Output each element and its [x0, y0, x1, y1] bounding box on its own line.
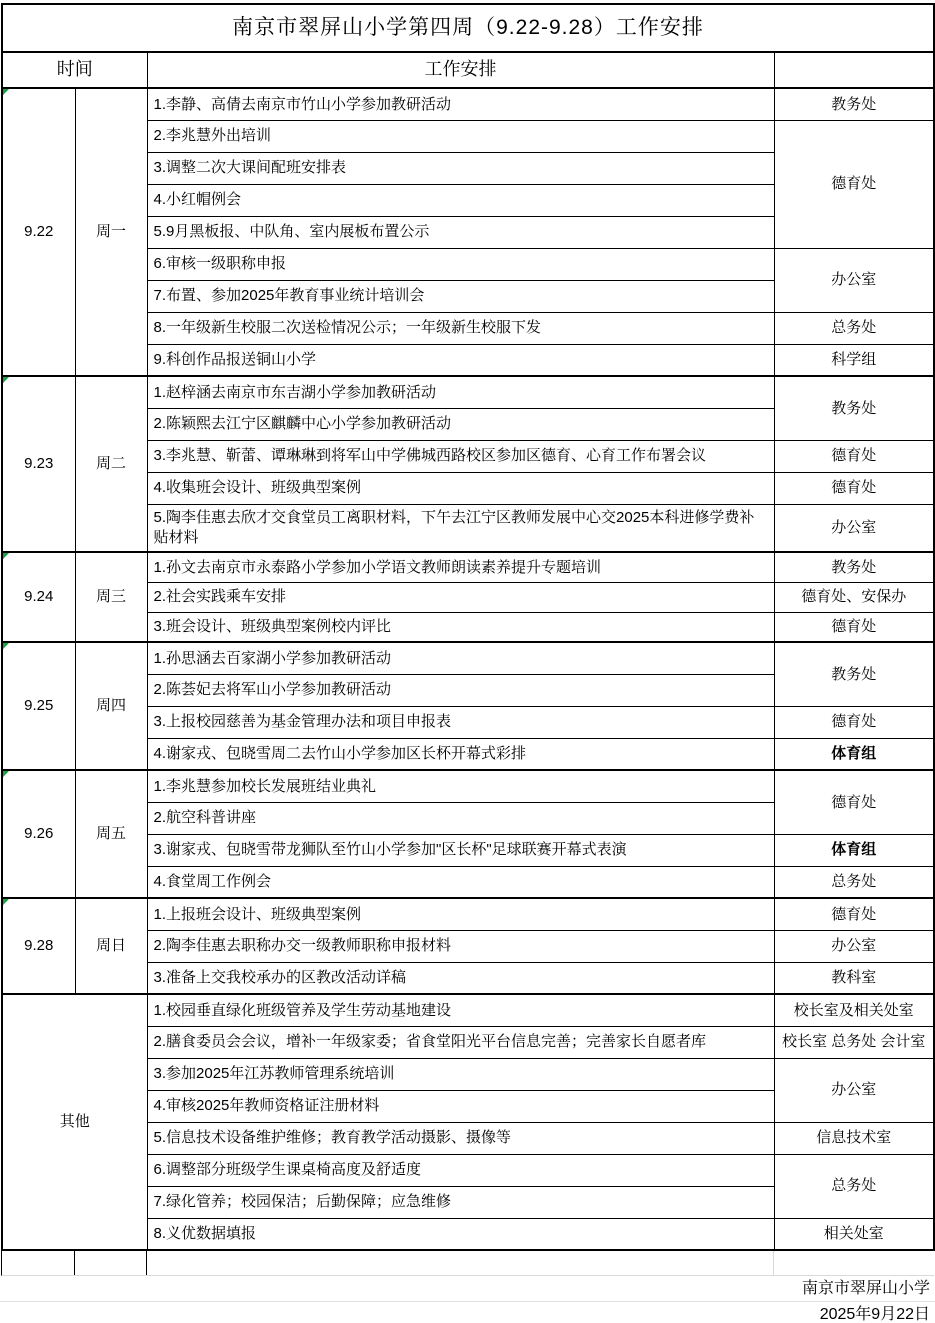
date-label: 9.22	[24, 223, 53, 240]
task-cell: 4.收集班会设计、班级典型案例	[147, 472, 774, 504]
task-cell: 7.布置、参加2025年教育事业统计培训会	[147, 280, 774, 312]
task-cell: 2.陈荟妃去将军山小学参加教研活动	[147, 674, 774, 706]
dept-cell: 办公室	[774, 248, 934, 312]
dept-cell: 教务处	[774, 642, 934, 706]
task-cell: 2.李兆慧外出培训	[147, 120, 774, 152]
other-section-label: 其他	[2, 994, 147, 1250]
empty-sheet-row	[1, 1251, 934, 1276]
task-cell: 1.孙文去南京市永泰路小学参加小学语文教师朗读素养提升专题培训	[147, 552, 774, 582]
task-cell: 4.审核2025年教师资格证注册材料	[147, 1090, 774, 1122]
task-cell: 2.膳食委员会会议，增补一年级家委；省食堂阳光平台信息完善；完善家长自愿者库	[147, 1026, 774, 1058]
date-cell: 9.23	[2, 376, 75, 552]
work-schedule-table: 南京市翠屏山小学第四周（9.22-9.28）工作安排 时间 工作安排 9.22 …	[1, 3, 935, 1251]
date-label: 9.24	[24, 588, 53, 605]
gridline-divider	[773, 1251, 774, 1275]
dept-cell: 德育处、安保办	[774, 582, 934, 612]
dept-cell: 德育处	[774, 120, 934, 248]
footer-school-line: 南京市翠屏山小学	[0, 1276, 935, 1302]
cell-corner-marker-icon	[3, 899, 9, 905]
task-cell: 3.调整二次大课间配班安排表	[147, 152, 774, 184]
dept-cell: 办公室	[774, 1058, 934, 1122]
dept-cell: 总务处	[774, 866, 934, 898]
task-cell: 4.谢家戎、包晓雪周二去竹山小学参加区长杯开幕式彩排	[147, 738, 774, 770]
date-cell: 9.25	[2, 642, 75, 770]
task-cell: 1.李静、高倩去南京市竹山小学参加教研活动	[147, 88, 774, 120]
day-cell: 周三	[75, 552, 147, 642]
day-cell: 周日	[75, 898, 147, 994]
task-cell: 8.义优数据填报	[147, 1218, 774, 1250]
task-cell: 5.陶李佳惠去欣才交食堂员工离职材料，下午去江宁区教师发展中心交2025本科进修…	[147, 504, 774, 552]
dept-cell: 校长室及相关处室	[774, 994, 934, 1026]
day-cell: 周四	[75, 642, 147, 770]
dept-cell: 德育处	[774, 706, 934, 738]
day-cell: 周五	[75, 770, 147, 898]
task-cell: 3.准备上交我校承办的区教改活动详稿	[147, 962, 774, 994]
divider	[146, 1251, 147, 1275]
day-cell: 周二	[75, 376, 147, 552]
date-cell: 9.28	[2, 898, 75, 994]
task-cell: 8.一年级新生校服二次送检情况公示；一年级新生校服下发	[147, 312, 774, 344]
task-cell: 3.参加2025年江苏教师管理系统培训	[147, 1058, 774, 1090]
dept-cell: 教科室	[774, 962, 934, 994]
task-cell: 6.调整部分班级学生课桌椅高度及舒适度	[147, 1154, 774, 1186]
date-label: 9.23	[24, 455, 53, 472]
task-cell: 1.赵梓涵去南京市东吉湖小学参加教研活动	[147, 376, 774, 408]
dept-cell: 办公室	[774, 504, 934, 552]
footer-date: 2025年9月22日	[820, 1306, 930, 1323]
header-empty-cell	[774, 52, 934, 88]
date-cell: 9.22	[2, 88, 75, 376]
task-cell: 1.李兆慧参加校长发展班结业典礼	[147, 770, 774, 802]
task-cell: 1.上报班会设计、班级典型案例	[147, 898, 774, 930]
date-cell: 9.24	[2, 552, 75, 642]
dept-cell: 体育组	[774, 738, 934, 770]
dept-cell: 德育处	[774, 770, 934, 834]
cell-corner-marker-icon	[3, 377, 9, 383]
dept-cell: 信息技术室	[774, 1122, 934, 1154]
task-cell: 6.审核一级职称申报	[147, 248, 774, 280]
page-title: 南京市翠屏山小学第四周（9.22-9.28）工作安排	[2, 4, 934, 52]
date-label: 9.25	[24, 697, 53, 714]
task-cell: 1.孙思涵去百家湖小学参加教研活动	[147, 642, 774, 674]
cell-corner-marker-icon	[3, 553, 9, 559]
divider	[74, 1251, 75, 1275]
dept-cell: 总务处	[774, 312, 934, 344]
date-label: 9.26	[24, 825, 53, 842]
task-cell: 1.校园垂直绿化班级管养及学生劳动基地建设	[147, 994, 774, 1026]
date-label: 9.28	[24, 937, 53, 954]
dept-cell: 教务处	[774, 376, 934, 440]
dept-cell: 科学组	[774, 344, 934, 376]
header-time: 时间	[2, 52, 147, 88]
task-cell: 3.李兆慧、靳蕾、谭琳琳到将军山中学佛城西路校区参加区德育、心育工作布署会议	[147, 440, 774, 472]
dept-cell: 体育组	[774, 834, 934, 866]
task-cell: 4.食堂周工作例会	[147, 866, 774, 898]
task-cell: 2.航空科普讲座	[147, 802, 774, 834]
dept-cell: 相关处室	[774, 1218, 934, 1250]
cell-corner-marker-icon	[3, 89, 9, 95]
cell-corner-marker-icon	[3, 771, 9, 777]
task-cell: 3.班会设计、班级典型案例校内评比	[147, 612, 774, 642]
dept-cell: 教务处	[774, 552, 934, 582]
dept-cell: 教务处	[774, 88, 934, 120]
footer-school: 南京市翠屏山小学	[802, 1280, 930, 1297]
task-cell: 2.陈颖熙去江宁区麒麟中心小学参加教研活动	[147, 408, 774, 440]
dept-cell: 德育处	[774, 472, 934, 504]
cell-corner-marker-icon	[3, 643, 9, 649]
task-cell: 5.9月黑板报、中队角、室内展板布置公示	[147, 216, 774, 248]
task-cell: 4.小红帽例会	[147, 184, 774, 216]
dept-cell: 办公室	[774, 930, 934, 962]
dept-cell: 总务处	[774, 1154, 934, 1218]
dept-cell: 德育处	[774, 612, 934, 642]
task-cell: 9.科创作品报送铜山小学	[147, 344, 774, 376]
task-cell: 3.上报校园慈善为基金管理办法和项目申报表	[147, 706, 774, 738]
dept-cell: 校长室 总务处 会计室	[774, 1026, 934, 1058]
day-cell: 周一	[75, 88, 147, 376]
dept-cell: 德育处	[774, 440, 934, 472]
header-work: 工作安排	[147, 52, 774, 88]
dept-cell: 德育处	[774, 898, 934, 930]
task-cell: 2.陶李佳惠去职称办交一级教师职称申报材料	[147, 930, 774, 962]
task-cell: 7.绿化管养；校园保洁；后勤保障；应急维修	[147, 1186, 774, 1218]
task-cell: 3.谢家戎、包晓雪带龙狮队至竹山小学参加"区长杯"足球联赛开幕式表演	[147, 834, 774, 866]
date-cell: 9.26	[2, 770, 75, 898]
task-cell: 2.社会实践乘车安排	[147, 582, 774, 612]
task-cell: 5.信息技术设备维护维修；教育教学活动摄影、摄像等	[147, 1122, 774, 1154]
footer-date-line: 2025年9月22日	[0, 1302, 935, 1323]
